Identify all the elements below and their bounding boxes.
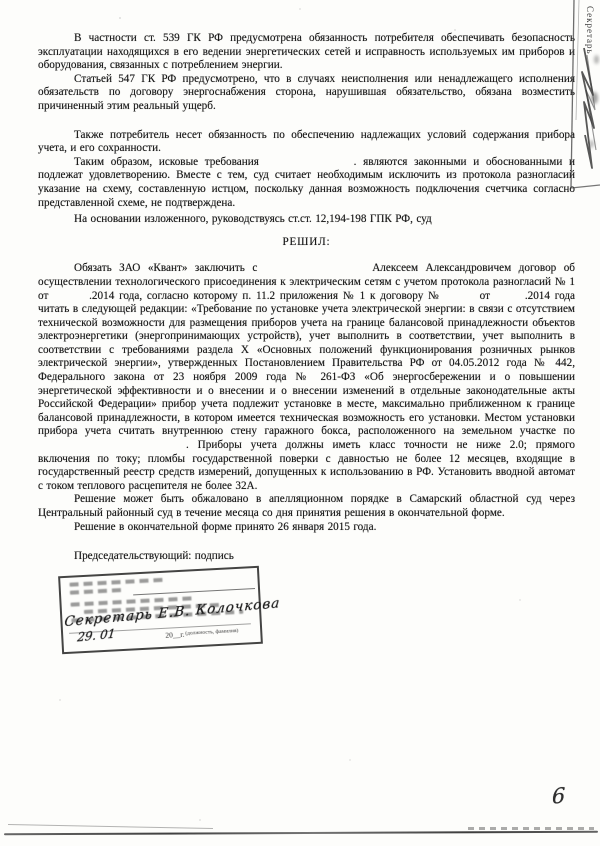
document-body: В частности ст. 539 ГК РФ предусмотрена … bbox=[38, 32, 575, 564]
blank-space bbox=[495, 298, 525, 299]
resolution-heading: РЕШИЛ: bbox=[38, 236, 575, 250]
ink-smudge bbox=[589, 140, 594, 148]
blank-space bbox=[265, 270, 365, 271]
stamp-caption: (должность, фамилия) bbox=[185, 628, 238, 637]
scan-line-left bbox=[8, 824, 213, 829]
para-appeal: Решение может быть обжаловано в апелляци… bbox=[38, 493, 575, 520]
scanned-court-decision-page: В частности ст. 539 ГК РФ предусмотрена … bbox=[0, 0, 600, 846]
para-gk-547: Статьей 547 ГК РФ предусмотрено, что в с… bbox=[38, 73, 575, 114]
secretary-side-label: Секретарь bbox=[585, 6, 595, 55]
blank-space bbox=[266, 164, 354, 165]
stamp-rule bbox=[133, 588, 255, 595]
para-final-date: Решение в окончательной форме принято 26… bbox=[38, 521, 575, 535]
stamp-year-blank: 20__г. bbox=[165, 630, 185, 640]
stamp-illegible-line bbox=[70, 588, 122, 595]
blank-space bbox=[38, 447, 186, 448]
ink-smudge bbox=[591, 92, 598, 104]
para-gk-539: В частности ст. 539 ГК РФ предусмотрена … bbox=[38, 32, 575, 73]
ink-smudge bbox=[594, 55, 599, 64]
blank-space bbox=[445, 298, 475, 299]
faint-bottom-marks bbox=[468, 827, 594, 830]
blank-space bbox=[53, 298, 89, 299]
para-resolution: Обязать ЗАО «Квант» заключить с Алексеем… bbox=[38, 262, 575, 493]
para-conclusion: Таким образом, исковые требования . явля… bbox=[38, 156, 575, 210]
handwritten-page-number: 6 bbox=[552, 783, 566, 808]
court-stamp: Секретарь Е.В. Колочкова 29. 01 20__г. (… bbox=[58, 566, 263, 654]
para-legal-basis: На основании изложенного, руководствуясь… bbox=[38, 213, 575, 227]
thread-scribble bbox=[582, 48, 594, 168]
scan-line bbox=[4, 831, 598, 836]
para-obligation-meter: Также потребитель несет обязанность по о… bbox=[38, 129, 575, 156]
stamp-handwritten-date: 29. 01 bbox=[77, 626, 116, 644]
binding-area: Секретарь bbox=[540, 0, 600, 210]
stamp-illegible-line bbox=[69, 578, 167, 587]
para-presiding: Председательствующий: подпись bbox=[38, 550, 575, 564]
